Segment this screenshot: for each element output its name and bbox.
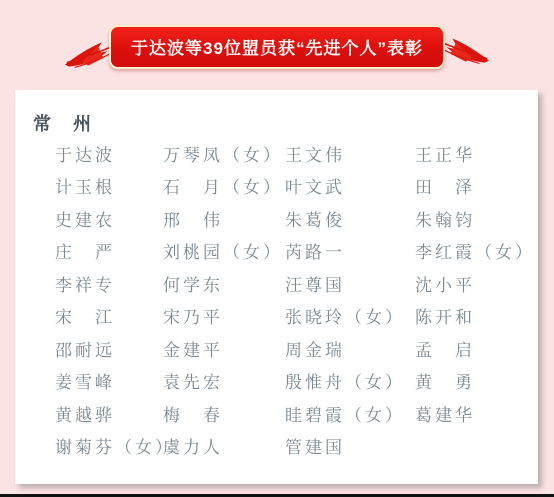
roster-name: 叶文武 [285,170,415,203]
name-grid: 于达波万琴凤（女）王文伟王正华计玉根石 月（女）叶文武田 泽史建农邢 伟朱葛俊朱… [55,137,532,462]
roster-name: 周金瑞 [285,332,415,365]
region-heading: 常 州 [33,110,93,136]
content-card: 常 州 于达波万琴凤（女）王文伟王正华计玉根石 月（女）叶文武田 泽史建农邢 伟… [15,90,538,484]
roster-name: 殷惟舟（女） [285,365,415,398]
roster-name: 袁先宏 [163,365,285,398]
roster-name: 管建国 [285,430,415,463]
roster-name: 姜雪峰 [55,365,163,398]
roster-name: 沈小平 [415,267,535,300]
roster-name: 宋乃平 [163,300,285,333]
roster-name: 眭碧霞（女） [285,397,415,430]
roster-name: 黄越骅 [55,397,163,430]
roster-name: 朱翰钧 [415,202,535,235]
roster-name: 邵耐远 [55,332,163,365]
roster-name: 李祥专 [55,267,163,300]
roster-name: 王正华 [415,137,535,170]
banner: 于达波等39位盟员获“先进个人”表彰 [0,22,554,72]
roster-name: 孟 启 [415,332,535,365]
roster-name: 汪尊国 [285,267,415,300]
roster-name: 王文伟 [285,137,415,170]
roster-name: 金建平 [163,332,285,365]
roster-name: 李红霞（女） [415,235,535,268]
roster-name: 何学东 [163,267,285,300]
roster-name: 芮路一 [285,235,415,268]
roster-name: 朱葛俊 [285,202,415,235]
roster-name: 邢 伟 [163,202,285,235]
roster-name: 于达波 [55,137,163,170]
roster-name: 计玉根 [55,170,163,203]
banner-title-pill: 于达波等39位盟员获“先进个人”表彰 [109,25,445,69]
roster-name: 庄 严 [55,235,163,268]
roster-name: 梅 春 [163,397,285,430]
roster-name: 史建农 [55,202,163,235]
roster-name: 谢菊芬（女） [55,430,163,463]
roster-name: 张晓玲（女） [285,300,415,333]
roster-name: 虞力人 [163,430,285,463]
roster-name: 石 月（女） [163,170,285,203]
roster-name: 陈开和 [415,300,535,333]
roster-name: 宋 江 [55,300,163,333]
roster-name [415,430,535,463]
banner-title: 于达波等39位盟员获“先进个人”表彰 [131,39,423,58]
roster-name: 万琴凤（女） [163,137,285,170]
roster-name: 刘桃园（女） [163,235,285,268]
page: 于达波等39位盟员获“先进个人”表彰 常 州 于达波万琴凤（女）王文伟王正华计玉… [0,0,554,497]
roster-name: 黄 勇 [415,365,535,398]
roster-name: 田 泽 [415,170,535,203]
roster-name: 葛建华 [415,397,535,430]
